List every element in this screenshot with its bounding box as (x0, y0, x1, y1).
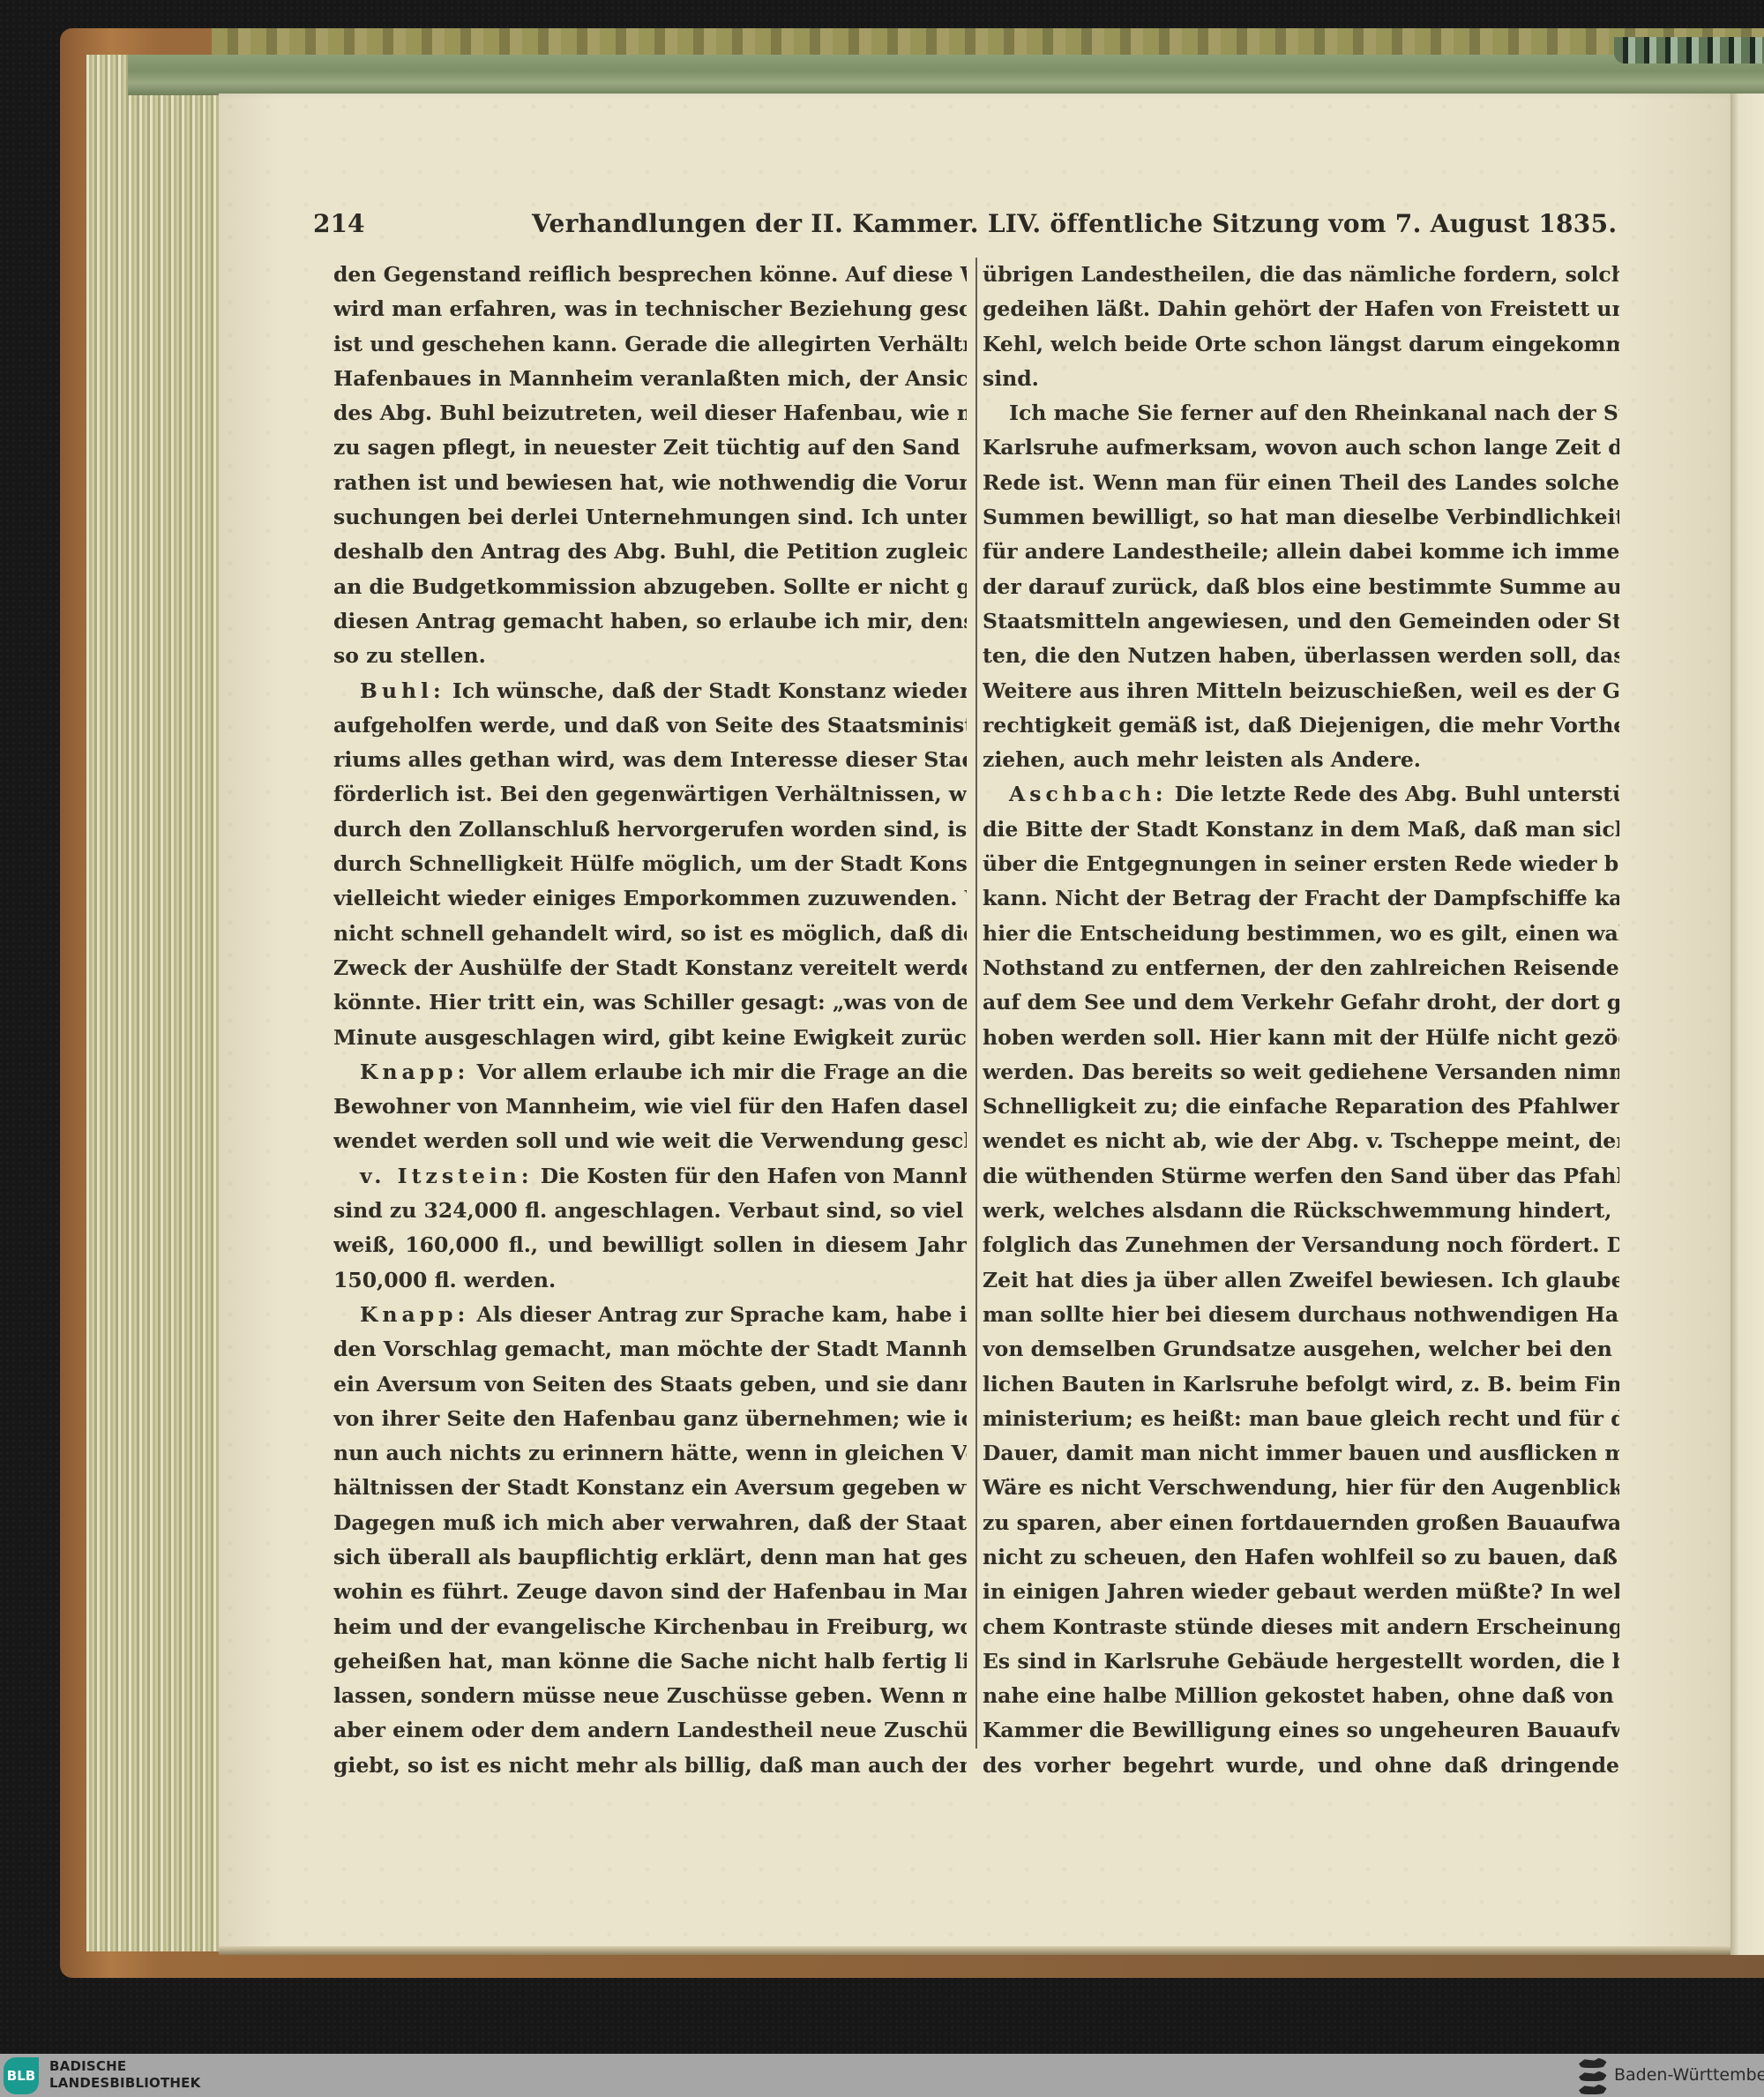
line-text: giebt, so ist es nicht mehr als billig, … (333, 1753, 967, 1778)
text-line: den Vorschlag gemacht, man möchte der St… (333, 1332, 967, 1367)
text-line: rechtigkeit gemäß ist, daß Diejenigen, d… (983, 708, 1619, 743)
line-text: sich überall als baupflichtig erklärt, d… (333, 1545, 967, 1569)
line-text: übrigen Landestheilen, die das nämliche … (983, 262, 1619, 287)
line-text: sind zu 324,000 fl. angeschlagen. Verbau… (333, 1198, 967, 1223)
text-line: aber einem oder dem andern Landestheil n… (333, 1713, 967, 1748)
text-line: deshalb den Antrag des Abg. Buhl, die Pe… (333, 535, 967, 569)
line-text: an die Budgetkommission abzugeben. Sollt… (333, 574, 967, 599)
text-line: sind zu 324,000 fl. angeschlagen. Verbau… (333, 1194, 967, 1228)
text-line: gedeihen läßt. Dahin gehört der Hafen vo… (983, 292, 1619, 326)
line-text: diesen Antrag gemacht haben, so erlaube … (333, 609, 967, 633)
text-line: könnte. Hier tritt ein, was Schiller ges… (333, 985, 967, 1020)
line-text: Dauer, damit man nicht immer bauen und a… (983, 1441, 1619, 1465)
line-text: von demselben Grundsatze ausgehen, welch… (983, 1337, 1619, 1361)
line-text: lichen Bauten in Karlsruhe befolgt wird,… (983, 1372, 1619, 1397)
text-line: wird man erfahren, was in technischer Be… (333, 292, 967, 326)
line-text: Kammer die Bewilligung eines so ungeheur… (983, 1718, 1619, 1742)
text-line: nicht schnell gehandelt wird, so ist es … (333, 917, 967, 951)
running-header: 214 Verhandlungen der II. Kammer. LIV. ö… (313, 205, 1446, 243)
text-line: durch Schnelligkeit Hülfe möglich, um de… (333, 847, 967, 881)
text-line: werk, welches alsdann die Rückschwemmung… (983, 1194, 1619, 1228)
text-line: über die Entgegnungen in seiner ersten R… (983, 847, 1619, 881)
text-line: übrigen Landestheilen, die das nämliche … (983, 258, 1619, 292)
text-line: an die Budgetkommission abzugeben. Sollt… (333, 570, 967, 604)
line-text: die Bitte der Stadt Konstanz in dem Maß,… (983, 817, 1619, 842)
text-line: Es sind in Karlsruhe Gebäude hergestellt… (983, 1644, 1619, 1679)
text-line: Bewohner von Mannheim, wie viel für den … (333, 1090, 967, 1124)
line-text: Minute ausgeschlagen wird, gibt keine Ew… (333, 1025, 967, 1050)
line-text: Zeit hat dies ja über allen Zweifel bewi… (983, 1268, 1619, 1292)
line-text: der darauf zurück, daß blos eine bestimm… (983, 574, 1619, 599)
text-line: wohin es führt. Zeuge davon sind der Haf… (333, 1575, 967, 1609)
text-line: sich überall als baupflichtig erklärt, d… (333, 1540, 967, 1575)
text-line: giebt, so ist es nicht mehr als billig, … (333, 1749, 967, 1783)
line-text: Die letzte Rede des Abg. Buhl unterstütz… (1168, 782, 1619, 806)
text-line: rathen ist und bewiesen hat, wie nothwen… (333, 466, 967, 500)
library-name-line1: BADISCHE (49, 2058, 200, 2075)
text-line: werden. Das bereits so weit gediehene Ve… (983, 1055, 1619, 1090)
text-line: weiß, 160,000 fl., und bewilligt sollen … (333, 1228, 967, 1262)
line-text: Nothstand zu entfernen, der den zahlreic… (983, 955, 1619, 980)
text-line: Wäre es nicht Verschwendung, hier für de… (983, 1471, 1619, 1505)
line-text: Es sind in Karlsruhe Gebäude hergestellt… (983, 1649, 1619, 1674)
line-text: so zu stellen. (333, 643, 486, 668)
page-bottom-edge (219, 1946, 1730, 1955)
text-line: lichen Bauten in Karlsruhe befolgt wird,… (983, 1367, 1619, 1402)
line-text: Hafenbaues in Mannheim veranlaßten mich,… (333, 366, 967, 391)
text-line: riums alles gethan wird, was dem Interes… (333, 743, 967, 777)
footer-bar: BLB BADISCHE LANDESBIBLIOTHEK Baden-Würt… (0, 2054, 1764, 2097)
text-line: Schnelligkeit zu; die einfache Reparatio… (983, 1090, 1619, 1124)
blb-logo-badge: BLB (4, 2057, 39, 2094)
line-text: sind. (983, 366, 1039, 391)
line-text: lassen, sondern müsse neue Zuschüsse geb… (333, 1683, 967, 1708)
text-line: Dauer, damit man nicht immer bauen und a… (983, 1436, 1619, 1471)
text-line: Minute ausgeschlagen wird, gibt keine Ew… (333, 1021, 967, 1055)
text-line: für andere Landestheile; allein dabei ko… (983, 535, 1619, 569)
line-text: von ihrer Seite den Hafenbau ganz überne… (333, 1406, 967, 1431)
line-text: Die Kosten für den Hafen von Mannheim (534, 1164, 967, 1188)
text-line: ministerium; es heißt: man baue gleich r… (983, 1402, 1619, 1436)
text-line: ziehen, auch mehr leisten als Andere. (983, 743, 1619, 777)
line-text: die wüthenden Stürme werfen den Sand übe… (983, 1164, 1619, 1188)
line-text: man sollte hier bei diesem durchaus noth… (983, 1302, 1619, 1327)
lions-crest-icon (1579, 2057, 1607, 2094)
text-line: ten, die den Nutzen haben, überlassen we… (983, 639, 1619, 673)
text-line: Kammer die Bewilligung eines so ungeheur… (983, 1713, 1619, 1748)
text-line: Aschbach: Die letzte Rede des Abg. Buhl … (983, 777, 1619, 812)
left-text-column: den Gegenstand reiflich besprechen könne… (333, 258, 967, 1783)
text-line: von ihrer Seite den Hafenbau ganz überne… (333, 1402, 967, 1436)
text-line: Dagegen muß ich mich aber verwahren, daß… (333, 1506, 967, 1540)
speaker-name: Buhl: (360, 678, 445, 703)
text-line: Karlsruhe aufmerksam, wovon auch schon l… (983, 431, 1619, 465)
line-text: zu sagen pflegt, in neuester Zeit tüchti… (333, 435, 967, 460)
line-text: ministerium; es heißt: man baue gleich r… (983, 1406, 1619, 1431)
line-text: Schnelligkeit zu; die einfache Reparatio… (983, 1094, 1619, 1119)
page-number: 214 (313, 205, 364, 243)
text-line: durch den Zollanschluß hervorgerufen wor… (333, 813, 967, 847)
line-text: nahe eine halbe Million gekostet haben, … (983, 1683, 1619, 1708)
line-text: des Abg. Buhl beizutreten, weil dieser H… (333, 401, 967, 425)
line-text: durch den Zollanschluß hervorgerufen wor… (333, 817, 967, 842)
text-line: Kehl, welch beide Orte schon längst daru… (983, 327, 1619, 362)
line-text: geheißen hat, man könne die Sache nicht … (333, 1649, 967, 1674)
text-line: ist und geschehen kann. Gerade die alleg… (333, 327, 967, 362)
line-text: riums alles gethan wird, was dem Interes… (333, 747, 967, 772)
line-text: folglich das Zunehmen der Versandung noc… (983, 1232, 1619, 1257)
line-text: des vorher begehrt wurde, und ohne daß d… (983, 1753, 1619, 1778)
text-line: hoben werden soll. Hier kann mit der Hül… (983, 1021, 1619, 1055)
line-text: aufgeholfen werde, und daß von Seite des… (333, 713, 967, 738)
text-line: hältnissen der Stadt Konstanz ein Aversu… (333, 1471, 967, 1505)
line-text: Staatsmitteln angewiesen, und den Gemein… (983, 609, 1619, 633)
line-text: Kehl, welch beide Orte schon längst daru… (983, 332, 1619, 356)
line-text: Ich wünsche, daß der Stadt Konstanz wied… (445, 678, 967, 703)
text-line: Knapp: Als dieser Antrag zur Sprache kam… (333, 1298, 967, 1332)
line-text: Dagegen muß ich mich aber verwahren, daß… (333, 1510, 967, 1535)
line-text: ten, die den Nutzen haben, überlassen we… (983, 643, 1619, 668)
line-text: Karlsruhe aufmerksam, wovon auch schon l… (983, 435, 1619, 460)
text-line: v. Itzstein: Die Kosten für den Hafen vo… (333, 1159, 967, 1194)
library-name: BADISCHE LANDESBIBLIOTHEK (49, 2058, 200, 2092)
line-text: in einigen Jahren wieder gebaut werden m… (983, 1579, 1619, 1604)
speaker-name: v. Itzstein: (360, 1164, 534, 1188)
line-text: nicht schnell gehandelt wird, so ist es … (333, 921, 967, 946)
right-text-column: übrigen Landestheilen, die das nämliche … (983, 258, 1619, 1783)
text-line: Knapp: Vor allem erlaube ich mir die Fra… (333, 1055, 967, 1090)
headband (1614, 37, 1764, 64)
line-text: aber einem oder dem andern Landestheil n… (333, 1718, 967, 1742)
text-line: nahe eine halbe Million gekostet haben, … (983, 1679, 1619, 1713)
text-line: Zeit hat dies ja über allen Zweifel bewi… (983, 1263, 1619, 1298)
line-text: vielleicht wieder einiges Emporkommen zu… (333, 886, 967, 910)
text-line: der darauf zurück, daß blos eine bestimm… (983, 570, 1619, 604)
line-text: gedeihen läßt. Dahin gehört der Hafen vo… (983, 296, 1619, 321)
line-text: Summen bewilligt, so hat man dieselbe Ve… (983, 505, 1619, 529)
text-line: aufgeholfen werde, und daß von Seite des… (333, 708, 967, 743)
text-line: wendet werden soll und wie weit die Verw… (333, 1124, 967, 1158)
text-line: Nothstand zu entfernen, der den zahlreic… (983, 951, 1619, 985)
line-text: nicht zu scheuen, den Hafen wohlfeil so … (983, 1545, 1619, 1569)
page-stack-left-edge (86, 55, 219, 1951)
line-text: zu sparen, aber einen fortdauernden groß… (983, 1510, 1619, 1535)
line-text: heim und der evangelische Kirchenbau in … (333, 1614, 967, 1639)
line-text: Zweck der Aushülfe der Stadt Konstanz ve… (333, 955, 967, 980)
line-text: Als dieser Antrag zur Sprache kam, habe … (469, 1302, 967, 1327)
line-text: ein Aversum von Seiten des Staats geben,… (333, 1372, 967, 1397)
text-line: geheißen hat, man könne die Sache nicht … (333, 1644, 967, 1679)
line-text: werden. Das bereits so weit gediehene Ve… (983, 1060, 1619, 1084)
speaker-name: Aschbach: (1009, 782, 1168, 806)
text-line: suchungen bei derlei Unternehmungen sind… (333, 500, 967, 535)
text-line: des vorher begehrt wurde, und ohne daß d… (983, 1749, 1619, 1783)
text-line: kann. Nicht der Betrag der Fracht der Da… (983, 881, 1619, 916)
text-line: wendet es nicht ab, wie der Abg. v. Tsch… (983, 1124, 1619, 1158)
text-line: chem Kontraste stünde dieses mit andern … (983, 1610, 1619, 1644)
text-line: förderlich ist. Bei den gegenwärtigen Ve… (333, 777, 967, 812)
line-text: für andere Landestheile; allein dabei ko… (983, 539, 1619, 564)
header-title: Verhandlungen der II. Kammer. LIV. öffen… (532, 205, 1617, 243)
book-cover-marbled-edge (212, 28, 1764, 55)
line-text: weiß, 160,000 fl., und bewilligt sollen … (333, 1232, 967, 1257)
line-text: wohin es führt. Zeuge davon sind der Haf… (333, 1579, 967, 1604)
line-text: deshalb den Antrag des Abg. Buhl, die Pe… (333, 539, 967, 564)
line-text: wendet es nicht ab, wie der Abg. v. Tsch… (983, 1128, 1619, 1153)
page-stack-top-edge (128, 55, 1764, 95)
line-text: förderlich ist. Bei den gegenwärtigen Ve… (333, 782, 967, 806)
text-line: Buhl: Ich wünsche, daß der Stadt Konstan… (333, 674, 967, 708)
text-line: Weitere aus ihren Mitteln beizuschießen,… (983, 674, 1619, 708)
line-text: Ich mache Sie ferner auf den Rheinkanal … (1009, 401, 1619, 425)
line-text: durch Schnelligkeit Hülfe möglich, um de… (333, 851, 967, 876)
line-text: wendet werden soll und wie weit die Verw… (333, 1128, 967, 1153)
text-line: Zweck der Aushülfe der Stadt Konstanz ve… (333, 951, 967, 985)
text-line: den Gegenstand reiflich besprechen könne… (333, 258, 967, 292)
line-text: ziehen, auch mehr leisten als Andere. (983, 747, 1421, 772)
text-line: Staatsmitteln angewiesen, und den Gemein… (983, 604, 1619, 639)
text-line: nicht zu scheuen, den Hafen wohlfeil so … (983, 1540, 1619, 1575)
facing-page-edge (1730, 94, 1764, 1955)
line-text: suchungen bei derlei Unternehmungen sind… (333, 505, 967, 529)
text-line: so zu stellen. (333, 639, 967, 673)
line-text: wird man erfahren, was in technischer Be… (333, 296, 967, 321)
line-text: 150,000 fl. werden. (333, 1268, 556, 1292)
line-text: rathen ist und bewiesen hat, wie nothwen… (333, 470, 967, 495)
speaker-name: Knapp: (360, 1302, 469, 1327)
state-name: Baden-Württemberg (1614, 2054, 1764, 2097)
text-line: ein Aversum von Seiten des Staats geben,… (333, 1367, 967, 1402)
line-text: über die Entgegnungen in seiner ersten R… (983, 851, 1619, 876)
line-text: Bewohner von Mannheim, wie viel für den … (333, 1094, 967, 1119)
text-line: hier die Entscheidung bestimmen, wo es g… (983, 917, 1619, 951)
text-line: Rede ist. Wenn man für einen Theil des L… (983, 466, 1619, 500)
line-text: Wäre es nicht Verschwendung, hier für de… (983, 1475, 1619, 1500)
text-line: diesen Antrag gemacht haben, so erlaube … (333, 604, 967, 639)
text-line: zu sparen, aber einen fortdauernden groß… (983, 1506, 1619, 1540)
text-line: nun auch nichts zu erinnern hätte, wenn … (333, 1436, 967, 1471)
text-line: zu sagen pflegt, in neuester Zeit tüchti… (333, 431, 967, 465)
text-line: Summen bewilligt, so hat man dieselbe Ve… (983, 500, 1619, 535)
text-line: die wüthenden Stürme werfen den Sand übe… (983, 1159, 1619, 1194)
text-line: von demselben Grundsatze ausgehen, welch… (983, 1332, 1619, 1367)
line-text: werk, welches alsdann die Rückschwemmung… (983, 1198, 1619, 1223)
text-line: lassen, sondern müsse neue Zuschüsse geb… (333, 1679, 967, 1713)
line-text: kann. Nicht der Betrag der Fracht der Da… (983, 886, 1619, 910)
text-line: heim und der evangelische Kirchenbau in … (333, 1610, 967, 1644)
line-text: den Gegenstand reiflich besprechen könne… (333, 262, 967, 287)
line-text: hier die Entscheidung bestimmen, wo es g… (983, 921, 1619, 946)
text-line: des Abg. Buhl beizutreten, weil dieser H… (333, 396, 967, 431)
text-line: vielleicht wieder einiges Emporkommen zu… (333, 881, 967, 916)
line-text: Vor allem erlaube ich mir die Frage an d… (469, 1060, 967, 1084)
line-text: auf dem See und dem Verkehr Gefahr droht… (983, 990, 1619, 1015)
line-text: Rede ist. Wenn man für einen Theil des L… (983, 470, 1619, 495)
text-line: folglich das Zunehmen der Versandung noc… (983, 1228, 1619, 1262)
text-line: Ich mache Sie ferner auf den Rheinkanal … (983, 396, 1619, 431)
text-line: sind. (983, 362, 1619, 396)
line-text: nun auch nichts zu erinnern hätte, wenn … (333, 1441, 967, 1465)
line-text: Weitere aus ihren Mitteln beizuschießen,… (983, 678, 1619, 703)
speaker-name: Knapp: (360, 1060, 469, 1084)
line-text: hältnissen der Stadt Konstanz ein Aversu… (333, 1475, 967, 1500)
text-line: man sollte hier bei diesem durchaus noth… (983, 1298, 1619, 1332)
line-text: den Vorschlag gemacht, man möchte der St… (333, 1337, 967, 1361)
column-divider (975, 258, 977, 1749)
library-name-line2: LANDESBIBLIOTHEK (49, 2075, 200, 2092)
text-line: auf dem See und dem Verkehr Gefahr droht… (983, 985, 1619, 1020)
line-text: hoben werden soll. Hier kann mit der Hül… (983, 1025, 1619, 1050)
line-text: chem Kontraste stünde dieses mit andern … (983, 1614, 1619, 1639)
text-line: 150,000 fl. werden. (333, 1263, 967, 1298)
text-line: Hafenbaues in Mannheim veranlaßten mich,… (333, 362, 967, 396)
text-line: die Bitte der Stadt Konstanz in dem Maß,… (983, 813, 1619, 847)
text-line: in einigen Jahren wieder gebaut werden m… (983, 1575, 1619, 1609)
line-text: rechtigkeit gemäß ist, daß Diejenigen, d… (983, 713, 1619, 738)
line-text: ist und geschehen kann. Gerade die alleg… (333, 332, 967, 356)
line-text: könnte. Hier tritt ein, was Schiller ges… (333, 990, 967, 1015)
